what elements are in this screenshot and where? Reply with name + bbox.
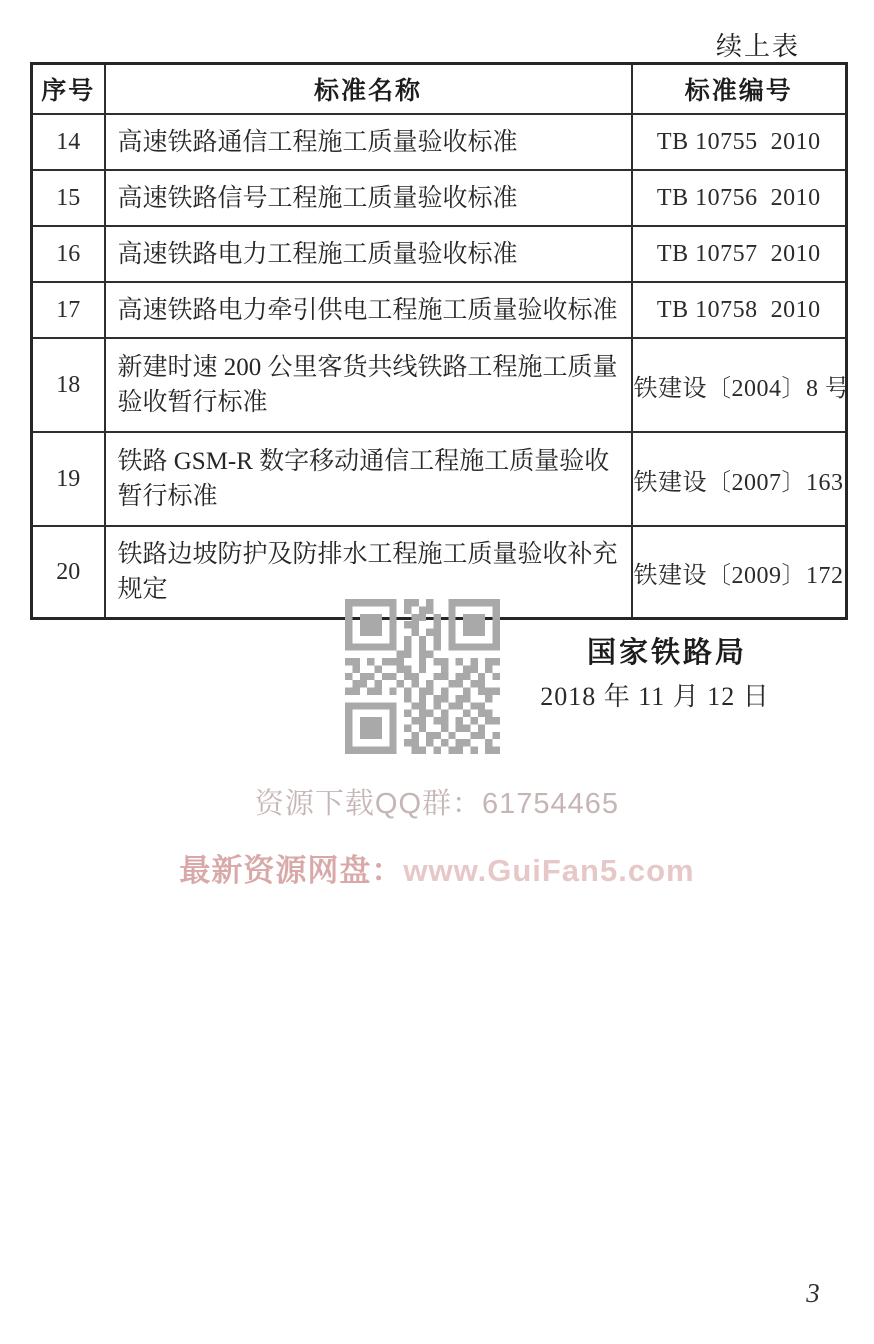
row-seq: 17	[32, 282, 105, 338]
table-row: 14 高速铁路通信工程施工质量验收标准 TB 10755 2010	[32, 114, 847, 170]
row-standard-name: 高速铁路通信工程施工质量验收标准	[105, 114, 632, 170]
table-row: 19 铁路 GSM-R 数字移动通信工程施工质量验收暂行标准 铁建设〔2007〕…	[32, 432, 847, 526]
issuing-authority: 国家铁路局	[537, 630, 797, 671]
standards-table: 序号 标准名称 标准编号 14 高速铁路通信工程施工质量验收标准 TB 1075…	[30, 62, 848, 620]
document-page: 续上表 序号 标准名称 标准编号 14 高速铁路通信工程施工质量验收标准 TB …	[0, 0, 874, 1344]
watermark-site-url: www.GuiFan5.com	[403, 853, 694, 888]
issue-date: 2018 年 11 月 12 日	[495, 676, 815, 713]
qr-code-icon	[345, 599, 500, 754]
table-row: 16 高速铁路电力工程施工质量验收标准 TB 10757 2010	[32, 226, 847, 282]
row-standard-code: TB 10755 2010	[632, 114, 847, 170]
table-row: 18 新建时速 200 公里客货共线铁路工程施工质量验收暂行标准 铁建设〔200…	[32, 338, 847, 432]
row-standard-code: 铁建设〔2009〕172 号	[632, 526, 847, 619]
table-row: 15 高速铁路信号工程施工质量验收标准 TB 10756 2010	[32, 170, 847, 226]
row-standard-name: 新建时速 200 公里客货共线铁路工程施工质量验收暂行标准	[105, 338, 632, 432]
watermark-site-label: 最新资源网盘：	[179, 853, 403, 888]
row-seq: 15	[32, 170, 105, 226]
row-standard-code: 铁建设〔2007〕163 号	[632, 432, 847, 526]
column-header-standard-name: 标准名称	[105, 64, 632, 115]
table-row: 17 高速铁路电力牵引供电工程施工质量验收标准 TB 10758 2010	[32, 282, 847, 338]
row-seq: 14	[32, 114, 105, 170]
column-header-seq: 序号	[32, 64, 105, 115]
row-standard-name: 高速铁路电力牵引供电工程施工质量验收标准	[105, 282, 632, 338]
column-header-standard-code: 标准编号	[632, 64, 847, 115]
table-continuation-note: 续上表	[0, 26, 800, 63]
row-standard-name: 高速铁路信号工程施工质量验收标准	[105, 170, 632, 226]
row-seq: 19	[32, 432, 105, 526]
row-standard-code: TB 10757 2010	[632, 226, 847, 282]
row-standard-code: 铁建设〔2004〕8 号	[632, 338, 847, 432]
row-seq: 20	[32, 526, 105, 619]
row-standard-name: 铁路 GSM-R 数字移动通信工程施工质量验收暂行标准	[105, 432, 632, 526]
table-header-row: 序号 标准名称 标准编号	[32, 64, 847, 115]
row-standard-code: TB 10758 2010	[632, 282, 847, 338]
watermark-qq-group: 资源下载QQ群：61754465	[0, 781, 874, 822]
row-standard-code: TB 10756 2010	[632, 170, 847, 226]
watermark-resource-site: 最新资源网盘：www.GuiFan5.com	[0, 845, 874, 890]
row-standard-name: 高速铁路电力工程施工质量验收标准	[105, 226, 632, 282]
page-number: 3	[795, 1278, 831, 1309]
row-seq: 18	[32, 338, 105, 432]
row-seq: 16	[32, 226, 105, 282]
